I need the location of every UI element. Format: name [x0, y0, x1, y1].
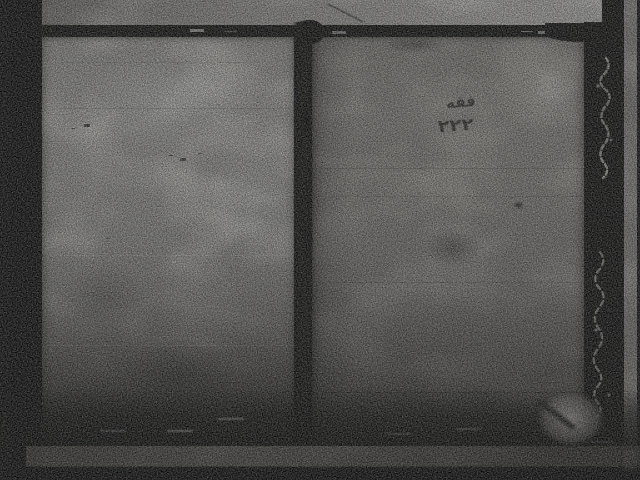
- spine-inscription-dot: [594, 328, 597, 331]
- film-strip-top: [42, 0, 602, 26]
- spine-inscription-dot: [596, 84, 599, 87]
- classification-number: ٢٢٢: [437, 115, 474, 137]
- classification-word: فقه: [445, 92, 476, 113]
- spine-inscription-upper: [600, 58, 609, 178]
- classification-mark: فقه ٢٢٢: [436, 90, 484, 144]
- top-edge-band: [40, 25, 626, 37]
- film-edge-bottom: [0, 466, 640, 480]
- ink-specks: [84, 124, 90, 127]
- scratch-line: [60, 108, 290, 109]
- gutter-top-knot: [294, 20, 324, 44]
- spine-inscription-dot: [610, 139, 613, 142]
- scratch-line: [316, 282, 616, 283]
- scratch-line: [316, 168, 616, 169]
- white-streaks: [218, 418, 244, 420]
- scratch-line: [60, 62, 260, 63]
- scratch-line: [50, 255, 290, 256]
- top-band-specks: [190, 29, 204, 32]
- bottom-grain-band: [26, 446, 640, 467]
- scratch-line: [46, 345, 296, 346]
- manuscript-scan-frame: فقه ٢٢٢: [0, 0, 640, 480]
- scratch-line: [316, 196, 596, 197]
